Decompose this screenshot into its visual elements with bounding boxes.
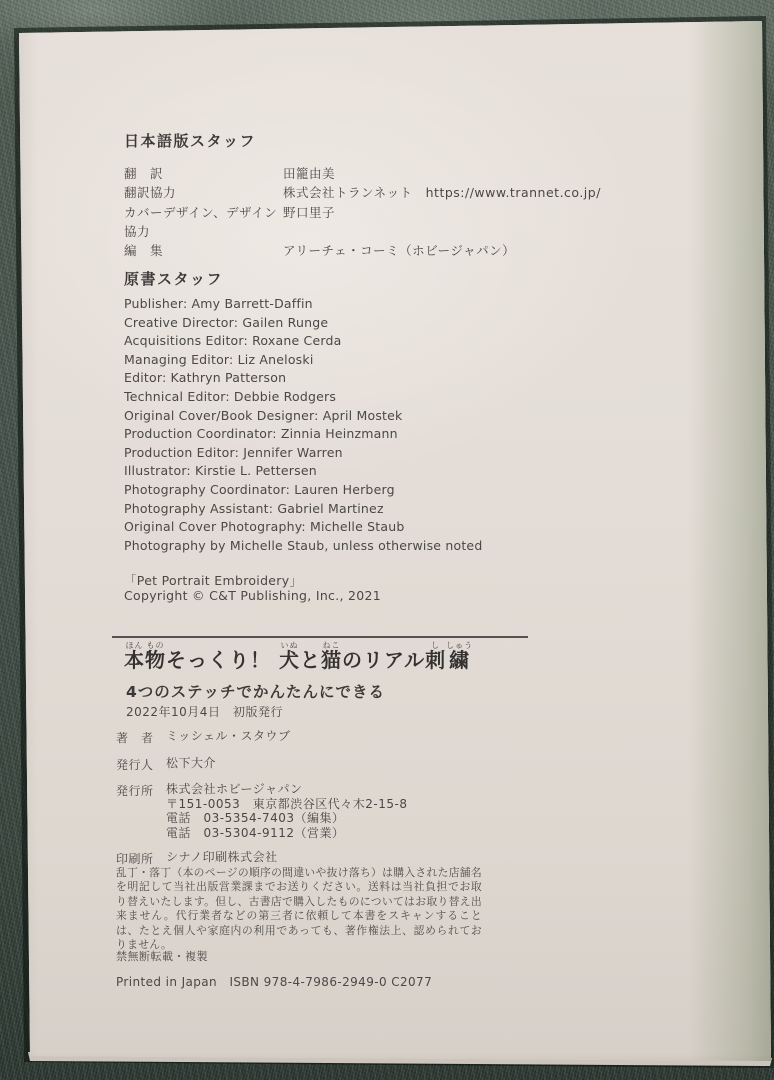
returns-notice: 乱丁・落丁（本のページの順序の間違いや抜け落ち）は購入された店舗名を明記して当社… [116, 866, 482, 952]
credit-line: Photography Assistant: Gabriel Martinez [124, 500, 482, 519]
publication-value-line: 株式会社ホビージャパン [166, 782, 407, 797]
carpet-background: 日本語版スタッフ 翻 訳田籠由美翻訳協力株式会社トランネット https://w… [0, 0, 774, 1080]
publication-value-line: 電話 03-5354-7403（編集） [166, 811, 407, 826]
isbn-line: Printed in Japan ISBN 978-4-7986-2949-0 … [116, 973, 432, 990]
credit-line: Original Cover/Book Designer: April Most… [124, 407, 482, 426]
japanese-staff-heading: 日本語版スタッフ [124, 130, 256, 151]
title-text-segment: と [300, 648, 321, 672]
publication-values: 松下大介 [166, 756, 216, 773]
furigana: し [425, 641, 446, 650]
staff-name-value: 株式会社トランネット https://www.trannet.co.jp/ [283, 183, 601, 202]
credit-line: Acquisitions Editor: Roxane Cerda [124, 332, 482, 351]
furigana: いぬ [279, 641, 300, 650]
no-reproduction-notice: 禁無断転載・複製 [116, 948, 208, 964]
publication-role-label: 印刷所 [116, 850, 166, 867]
staff-row: 翻訳協力株式会社トランネット https://www.trannet.co.jp… [124, 183, 601, 202]
publication-values: シナノ印刷株式会社 [166, 850, 278, 867]
publication-row: 印刷所シナノ印刷株式会社 [116, 850, 407, 867]
publication-row: 発行人松下大介 [116, 756, 407, 773]
staff-role-label: 翻訳協力 [124, 183, 283, 202]
staff-role-label: 翻 訳 [124, 164, 283, 183]
furigana: しゅう [446, 641, 473, 650]
credit-line: Managing Editor: Liz Aneloski [124, 351, 482, 370]
credit-line: Editor: Kathryn Patterson [124, 369, 482, 388]
divider-rule [112, 636, 528, 638]
staff-role-label: 編 集 [124, 241, 283, 260]
staff-name-value: 田籠由美 [283, 164, 335, 183]
original-english-title: 「Pet Portrait Embroidery」 [124, 571, 302, 589]
title-kanji-with-furigana: 刺し [425, 648, 446, 672]
title-kanji-with-furigana: 犬いぬ [279, 648, 300, 672]
original-staff-heading: 原書スタッフ [124, 268, 223, 289]
title-text-segment: そっくり！ [166, 648, 279, 672]
furigana: ほん [124, 641, 145, 650]
publication-values: ミッシェル・スタウブ [166, 729, 291, 746]
publication-row: 著 者ミッシェル・スタウブ [116, 729, 407, 746]
copyright-line: Copyright © C&T Publishing, Inc., 2021 [124, 588, 381, 603]
publication-row: 発行所株式会社ホビージャパン〒151-0053 東京都渋谷区代々木2-15-8電… [116, 782, 407, 840]
japanese-staff-list: 翻 訳田籠由美翻訳協力株式会社トランネット https://www.tranne… [124, 164, 601, 260]
credit-line: Original Cover Photography: Michelle Sta… [124, 518, 482, 537]
staff-name-value: 野口里子 [283, 203, 335, 242]
credit-line: Technical Editor: Debbie Rodgers [124, 388, 482, 407]
staff-row: 編 集アリーチェ・コーミ（ホビージャパン） [124, 241, 601, 260]
credit-line: Illustrator: Kirstie L. Pettersen [124, 462, 482, 481]
publication-value-line: ミッシェル・スタウブ [166, 729, 291, 744]
credit-line: Photography by Michelle Staub, unless ot… [124, 537, 482, 556]
original-staff-credits: Publisher: Amy Barrett-DaffinCreative Di… [124, 295, 482, 555]
colophon-page: 日本語版スタッフ 翻 訳田籠由美翻訳協力株式会社トランネット https://w… [0, 0, 774, 1080]
publication-role-label: 発行所 [116, 782, 166, 840]
edition-date: 2022年10月4日 初版発行 [126, 703, 283, 720]
furigana: ねこ [321, 641, 342, 650]
credit-line: Production Coordinator: Zinnia Heinzmann [124, 425, 482, 444]
title-kanji-with-furigana: 物もの [145, 648, 166, 672]
publication-details: 著 者ミッシェル・スタウブ発行人松下大介発行所株式会社ホビージャパン〒151-0… [116, 729, 407, 876]
credit-line: Creative Director: Gailen Runge [124, 314, 482, 333]
publication-role-label: 著 者 [116, 729, 166, 746]
staff-row: カバーデザイン、デザイン協力野口里子 [124, 203, 601, 242]
book-title: 本ほん物ものそっくり！ 犬いぬと猫ねこのリアル刺し繍しゅう [124, 641, 473, 673]
title-kanji-with-furigana: 猫ねこ [321, 648, 342, 672]
title-kanji-with-furigana: 本ほん [124, 648, 145, 672]
credit-line: Publisher: Amy Barrett-Daffin [124, 295, 482, 314]
furigana: もの [145, 641, 166, 650]
staff-role-label: カバーデザイン、デザイン協力 [124, 203, 283, 242]
credit-line: Production Editor: Jennifer Warren [124, 444, 482, 463]
staff-name-value: アリーチェ・コーミ（ホビージャパン） [283, 241, 515, 260]
title-kanji-with-furigana: 繍しゅう [446, 648, 473, 672]
publication-values: 株式会社ホビージャパン〒151-0053 東京都渋谷区代々木2-15-8電話 0… [166, 782, 407, 840]
staff-row: 翻 訳田籠由美 [124, 164, 601, 183]
publication-value-line: 電話 03-5304-9112（営業） [166, 826, 407, 841]
credit-line: Photography Coordinator: Lauren Herberg [124, 481, 482, 500]
book-subtitle: 4つのステッチでかんたんにできる [126, 680, 385, 702]
publication-value-line: シナノ印刷株式会社 [166, 850, 278, 865]
publication-value-line: 〒151-0053 東京都渋谷区代々木2-15-8 [166, 797, 407, 812]
publication-value-line: 松下大介 [166, 756, 216, 771]
title-text-segment: のリアル [342, 648, 425, 672]
publication-role-label: 発行人 [116, 756, 166, 773]
